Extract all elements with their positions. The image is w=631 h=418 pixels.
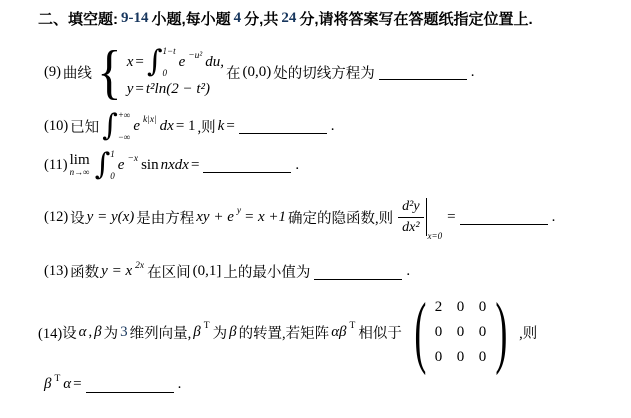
matrix-cell: 0 — [450, 324, 472, 341]
evaluation-subscript: x=0 — [428, 231, 443, 241]
math-var: β — [94, 324, 101, 341]
math-term: nxdx — [161, 157, 189, 174]
limit-word: lim — [70, 152, 90, 169]
answer-blank — [460, 209, 548, 225]
transpose-superscript: T — [54, 374, 60, 384]
integral: ∫ 1−t 0 — [147, 46, 176, 78]
question-text: 为 — [213, 322, 228, 343]
question-text: 在 — [226, 62, 241, 83]
integral-sign: ∫ — [147, 47, 163, 77]
math-var: e — [133, 118, 140, 135]
equation-system: x = ∫ 1−t 0 e −u² du, y = t²ln(2 − t²) — [127, 46, 224, 98]
math-op: = — [226, 118, 234, 135]
equation-line-2: y = t²ln(2 − t²) — [127, 81, 210, 98]
header-question-range: 9-14 — [121, 10, 149, 27]
limit-operator: lim n→∞ — [70, 152, 90, 178]
math-var: e — [179, 54, 186, 71]
question-text: ,则 — [519, 322, 537, 343]
fraction-numerator: d²y — [398, 198, 423, 218]
math-exponent: 2x — [135, 261, 144, 271]
math-op: = — [135, 54, 143, 71]
answer-blank — [379, 64, 467, 80]
question-number: (11) — [44, 157, 68, 174]
question-number: (12) — [44, 209, 68, 226]
math-term: y = x — [101, 263, 132, 280]
transpose-superscript: T — [350, 321, 356, 331]
integral-upper-limit: 1 — [110, 149, 115, 159]
question-text: 的转置,若矩阵 — [239, 322, 330, 343]
matrix: ( 2 0 0 0 0 0 0 0 0 ) — [407, 298, 514, 366]
matrix-right-paren: ) — [495, 298, 507, 366]
question-text: 函数 — [70, 261, 99, 282]
matrix-cell: 0 — [472, 299, 494, 316]
math-term: xy + e — [196, 209, 234, 226]
question-text: 处的切线方程为 — [273, 62, 375, 83]
question-text: 维列向量, — [130, 322, 192, 343]
dimension-number: 3 — [120, 324, 128, 341]
comma: , — [89, 324, 93, 341]
question-number: (9) — [44, 64, 61, 81]
question-13: (13) 函数 y = x 2x 在区间 (0,1] 上的最小值为 . — [44, 261, 410, 282]
header-text: 小题,每小题 — [152, 8, 231, 29]
integral: ∫ +∞ −∞ — [102, 110, 130, 142]
matrix-cell: 0 — [450, 349, 472, 366]
limit-subscript: n→∞ — [70, 168, 90, 178]
period: . — [178, 376, 182, 393]
evaluation-bar — [426, 198, 427, 236]
math-var: α — [63, 376, 71, 393]
question-11: (11) lim n→∞ ∫ 1 0 e −x sin nxdx = . — [44, 149, 299, 181]
equation-line-1: x = ∫ 1−t 0 e −u² du, — [127, 46, 224, 78]
math-point: (0,0) — [243, 64, 272, 81]
math-var: y — [127, 81, 134, 98]
math-op: = — [73, 376, 81, 393]
question-number: (13) — [44, 263, 68, 280]
integral-limits: 1−t 0 — [163, 46, 176, 78]
period: . — [471, 64, 475, 81]
question-text: 是由方程 — [136, 207, 194, 228]
math-exponent: y — [237, 206, 241, 216]
matrix-cell: 0 — [428, 324, 450, 341]
question-text: 相似于 — [358, 322, 402, 343]
math-interval: (0,1] — [193, 263, 222, 280]
question-14: (14)设 α , β 为 3 维列向量, β T 为 β 的转置,若矩阵 αβ… — [38, 298, 537, 366]
math-var: e — [118, 157, 125, 174]
answer-blank — [86, 377, 174, 393]
question-text: 在区间 — [147, 261, 191, 282]
question-text: 曲线 — [63, 62, 92, 83]
math-op: = 1 — [176, 118, 196, 135]
question-number: (10) — [44, 118, 68, 135]
answer-blank — [239, 118, 327, 134]
question-10: (10) 已知 ∫ +∞ −∞ e k|x| dx = 1 ,则 k = . — [44, 110, 335, 142]
question-text: 设 — [70, 207, 85, 228]
integral-lower-limit: 0 — [110, 171, 115, 181]
matrix-left-paren: ( — [414, 298, 426, 366]
integral-lower-limit: −∞ — [118, 132, 131, 142]
period: . — [295, 157, 299, 174]
section-header: 二、填空题: 9-14 小题,每小题 4 分,共 24 分,请将答案写在答题纸指… — [38, 8, 533, 29]
matrix-cell: 2 — [428, 299, 450, 316]
math-term: du, — [205, 54, 224, 71]
header-text: 二、填空题: — [38, 8, 118, 29]
matrix-cell: 0 — [472, 324, 494, 341]
fraction: d²y dx² — [398, 198, 423, 236]
integral-sign: ∫ — [95, 150, 111, 180]
integral-sign: ∫ — [102, 111, 118, 141]
math-var: k — [218, 118, 225, 135]
math-op: = — [135, 81, 143, 98]
question-number: (14)设 — [38, 322, 77, 343]
math-var: α — [79, 324, 87, 341]
period: . — [552, 209, 556, 226]
period: . — [331, 118, 335, 135]
math-op: = — [191, 157, 199, 174]
question-text: 已知 — [70, 116, 99, 137]
math-exponent: k|x| — [143, 115, 157, 125]
integral-limits: 1 0 — [110, 149, 115, 181]
transpose-superscript: T — [204, 321, 210, 331]
question-14-answer-line: β T α = . — [44, 376, 181, 393]
math-exponent: −u² — [188, 51, 202, 61]
math-var: β — [229, 324, 236, 341]
matrix-cell: 0 — [428, 349, 450, 366]
derivative-evaluated: d²y dx² x=0 — [398, 198, 442, 236]
matrix-grid: 2 0 0 0 0 0 0 0 0 — [428, 299, 494, 366]
integral-upper-limit: 1−t — [163, 46, 176, 56]
math-term: αβ — [331, 324, 346, 341]
math-function: sin — [141, 157, 159, 174]
math-exponent: −x — [127, 154, 138, 164]
fraction-denominator: dx² — [402, 218, 419, 237]
integral-lower-limit: 0 — [163, 68, 176, 78]
math-term: dx — [160, 118, 174, 135]
question-text: 为 — [104, 322, 119, 343]
math-term: y = y(x) — [87, 209, 135, 226]
header-text: 分,请将答案写在答题纸指定位置上. — [299, 8, 532, 29]
math-var: β — [193, 324, 200, 341]
system-brace: { — [97, 42, 121, 102]
question-text: 确定的隐函数,则 — [288, 207, 393, 228]
header-text: 分,共 — [244, 8, 278, 29]
math-var: β — [44, 376, 51, 393]
math-term: = x +1 — [244, 209, 286, 226]
header-points-total: 24 — [281, 10, 296, 27]
period: . — [406, 263, 410, 280]
integral: ∫ 1 0 — [95, 149, 115, 181]
integral-upper-limit: +∞ — [118, 110, 131, 120]
question-text: ,则 — [198, 116, 216, 137]
matrix-cell: 0 — [450, 299, 472, 316]
question-9: (9) 曲线 { x = ∫ 1−t 0 e −u² du, y = t²ln(… — [44, 42, 475, 102]
matrix-cell: 0 — [472, 349, 494, 366]
answer-blank — [314, 264, 402, 280]
answer-blank — [203, 157, 291, 173]
math-var: x — [127, 54, 134, 71]
question-12: (12) 设 y = y(x) 是由方程 xy + e y = x +1 确定的… — [44, 198, 555, 236]
header-points-each: 4 — [234, 10, 242, 27]
question-text: 上的最小值为 — [223, 261, 310, 282]
math-op: = — [447, 209, 455, 226]
integral-limits: +∞ −∞ — [118, 110, 131, 142]
math-term: t²ln(2 − t²) — [146, 81, 210, 98]
